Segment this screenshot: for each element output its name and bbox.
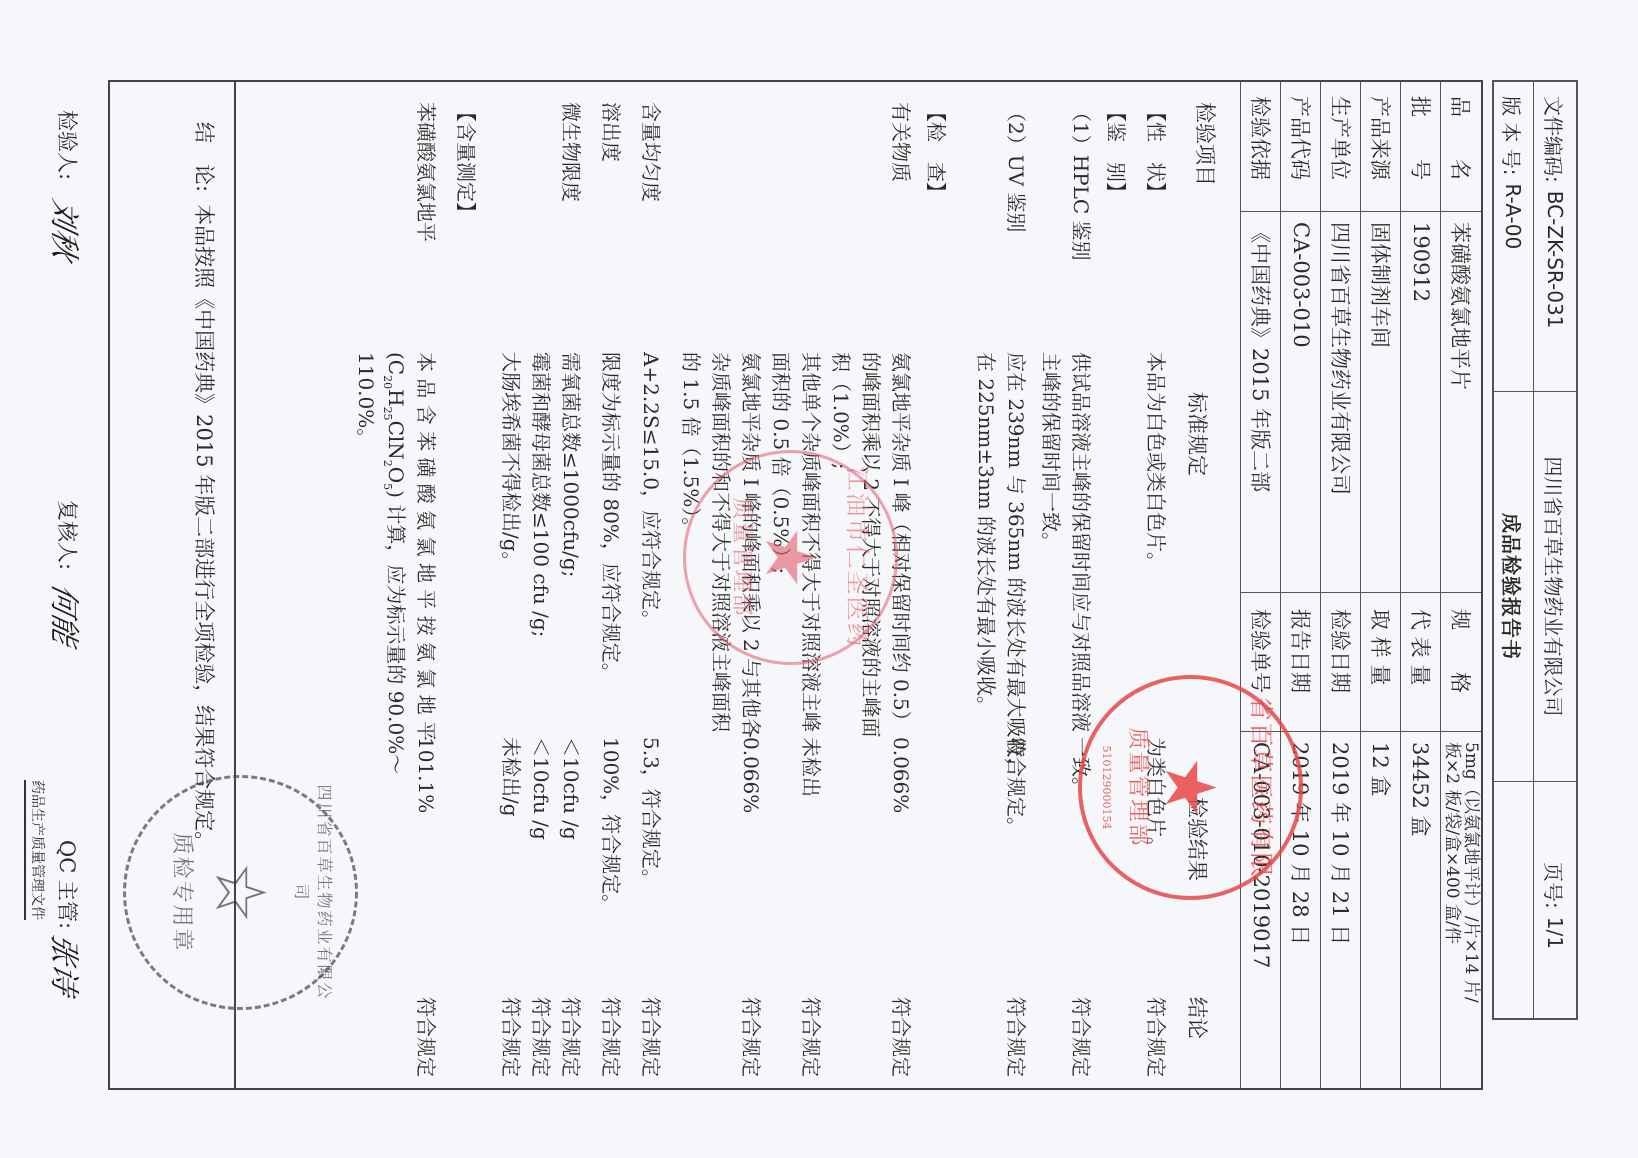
related-conclusion-3: 符合规定 <box>736 997 766 1077</box>
micro-standard-3: 大肠埃希菌不得检出/g。 <box>496 352 526 572</box>
related-result-2: 未检出 <box>796 737 826 797</box>
related-conclusion-2: 符合规定 <box>796 997 826 1077</box>
col-conclusion: 结论 <box>1183 997 1213 1039</box>
micro-standard-2: 霉菌和酵母菌总数≤100 cfu /g; <box>526 352 556 637</box>
dissolution-conclusion: 符合规定 <box>596 997 626 1077</box>
version-label: 版 本 号: <box>1499 96 1528 175</box>
code-value: CA-003-010 <box>1281 222 1321 348</box>
hplc-item: （1）HPLC 鉴别 <box>1066 102 1096 261</box>
uniformity-standard: A+2.2S≤15.0，应符合规定。 <box>636 352 666 630</box>
uv-conclusion: 符合规定 <box>1001 997 1031 1077</box>
assay-item: 苯磺酸氨氯地平 <box>411 102 441 242</box>
dissolution-standard: 限度为标示量的 80%，应符合规定。 <box>596 352 626 683</box>
sample-value: 12 盒 <box>1361 742 1401 796</box>
report-title: 成品检验报告书 <box>1492 392 1534 782</box>
batch-label: 批 号 <box>1401 82 1441 212</box>
dissolution-item: 溶出度 <box>596 102 626 162</box>
dissolution-result: 100%，符合规定。 <box>596 737 626 914</box>
assay-standard-1: 本 品 含 苯 磺 酸 氨 氯 地 平 按 氨 氯 地 平 <box>411 352 441 741</box>
uniformity-result: 5.3，符合规定。 <box>636 737 666 889</box>
code-label: 产品代码 <box>1281 82 1321 212</box>
conclusion-text: 本品按照《中国药典》2015 年版二部进行全项检验，结果符合规定。 <box>190 204 220 852</box>
info-row-manufacturer: 生产单位 四川省百草生物药业有限公司 检验日期 2019 年 10 月 21 日 <box>1320 82 1361 1088</box>
uv-standard-2: 在 225nm±3nm 的波长处有最小吸收。 <box>971 352 1001 716</box>
source-value: 固体制剂车间 <box>1361 222 1401 348</box>
info-row-basis: 检验依据 《中国药典》2015 年版二部 检验单号 CA-003-010-201… <box>1240 82 1281 1088</box>
col-item: 检验项目 <box>1191 102 1221 186</box>
inspector-label: 检验人: <box>53 110 83 180</box>
related-result-1: 0.066% <box>886 737 916 813</box>
report-date-label: 报告日期 <box>1281 592 1321 732</box>
hplc-standard-2: 主峰的保留时间一致。 <box>1036 352 1066 552</box>
related-standard-3: 积（1.0%）; <box>826 352 856 470</box>
micro-standard-1: 需氧菌总数≤1000cfu/g; <box>556 352 586 577</box>
assay-standard-3: 110.0%。 <box>351 352 381 448</box>
appearance-standard: 本品为白色或类白色片。 <box>1141 352 1171 572</box>
section-check: 【检 查】 <box>921 102 951 202</box>
spec-value: 5mg（以氨氯地平计）/片×14 片/ 板×2 板/袋/盒×400 盒/件 <box>1441 742 1481 1003</box>
batch-value: 190912 <box>1401 222 1441 302</box>
uniformity-conclusion: 符合规定 <box>636 997 666 1077</box>
col-standard: 标准规定 <box>1183 392 1213 476</box>
section-appearance: 【性 状】 <box>1141 102 1171 202</box>
assay-conclusion: 符合规定 <box>411 997 441 1077</box>
page-label: 页号: <box>1541 862 1570 909</box>
company-name: 四川省百草生物药业有限公司 <box>1534 392 1576 782</box>
qc-label: QC 主管: <box>53 840 83 929</box>
related-result-3: 0.066% <box>736 737 766 813</box>
reviewer-label: 复核人: <box>53 500 83 570</box>
version-value: R-A-00 <box>1501 183 1525 249</box>
version: 版 本 号: R-A-00 <box>1492 82 1534 392</box>
basis-value: 《中国药典》2015 年版二部 <box>1241 222 1281 492</box>
conclusion-label: 结 论: <box>190 122 220 192</box>
red-stamp-quality-dept-2: 省百草医药有限 ★ 质量管理部 510129000154 <box>1078 675 1303 900</box>
footer-note: 药品生产质量管理文件 <box>24 780 48 920</box>
manufacturer-label: 生产单位 <box>1321 82 1361 212</box>
product-name: 苯磺酸氨氯地平片 <box>1441 222 1481 390</box>
source-label: 产品来源 <box>1361 82 1401 212</box>
red-stamp-quality-dept-1: 江油市仁圣医药 ★ 质量管理部 <box>683 450 898 665</box>
spec-line-1: 5mg（以氨氯地平计）/片×14 片/ <box>1461 742 1480 1003</box>
uniformity-item: 含量均匀度 <box>636 102 666 202</box>
micro-item: 微生物限度 <box>556 102 586 202</box>
reviewer-signature: 何能 <box>45 580 89 649</box>
info-row-source: 产品来源 固体制剂车间 取 样 量 12 盒 <box>1360 82 1401 1088</box>
doc-code: 文件编码: BC-ZK-SR-031 <box>1534 82 1576 392</box>
report-header: 文件编码: BC-ZK-SR-031 四川省百草生物药业有限公司 页号: 1/1… <box>1492 80 1578 1020</box>
uv-standard-1: 应在 239nm 与 365nm 的波长处有最大吸收， <box>1001 352 1031 777</box>
test-date-value: 2019 年 10 月 21 日 <box>1321 742 1361 945</box>
page-value: 1/1 <box>1543 917 1567 949</box>
info-row-batch: 批 号 190912 代 表 量 34452 盒 <box>1400 82 1441 1088</box>
doc-code-label: 文件编码: <box>1541 96 1570 183</box>
appearance-conclusion: 符合规定 <box>1141 997 1171 1077</box>
test-date-label: 检验日期 <box>1321 592 1361 732</box>
micro-result-3: 未检出/g <box>496 737 526 817</box>
star-icon: ☆ <box>206 861 276 924</box>
micro-result-1: ＜10cfu /g <box>556 737 586 840</box>
signatures: 检验人: 刘秋 复核人: 何能 QC 主管: 张诗 <box>33 80 93 1090</box>
spec-label: 规 格 <box>1441 592 1481 732</box>
micro-result-2: ＜10cfu /g <box>526 737 556 840</box>
inspection-report-page: 文件编码: BC-ZK-SR-031 四川省百草生物药业有限公司 页号: 1/1… <box>0 0 1638 1158</box>
related-conclusion-1: 符合规定 <box>886 997 916 1077</box>
page-number: 页号: 1/1 <box>1534 782 1576 1018</box>
doc-code-value: BC-ZK-SR-031 <box>1543 191 1567 329</box>
micro-conclusion-3: 符合规定 <box>496 997 526 1077</box>
hplc-conclusion: 符合规定 <box>1066 997 1096 1077</box>
manufacturer-value: 四川省百草生物药业有限公司 <box>1321 222 1361 495</box>
micro-conclusion-1: 符合规定 <box>556 997 586 1077</box>
related-item: 有关物质 <box>886 102 916 182</box>
star-icon: ★ <box>756 526 826 589</box>
basis-label: 检验依据 <box>1241 82 1281 212</box>
info-row-product: 品 名 苯磺酸氨氯地平片 规 格 5mg（以氨氯地平计）/片×14 片/ 板×2… <box>1440 82 1481 1088</box>
product-name-label: 品 名 <box>1441 82 1481 212</box>
quantity-label: 代 表 量 <box>1401 592 1441 732</box>
spec-line-2: 板×2 板/袋/盒×400 盒/件 <box>1442 742 1461 944</box>
uv-item: （2）UV 鉴别 <box>1001 102 1031 232</box>
info-row-code: 产品代码 CA-003-010 报告日期 2019 年 10 月 28 日 <box>1280 82 1321 1088</box>
assay-result: 101.1% <box>411 737 441 813</box>
micro-conclusion-2: 符合规定 <box>526 997 556 1077</box>
sample-label: 取 样 量 <box>1361 592 1401 732</box>
uv-result: 符合规定。 <box>1001 737 1031 837</box>
hplc-standard-1: 供试品溶液主峰的保留时间应与对照品溶液 <box>1066 352 1096 732</box>
quantity-value: 34452 盒 <box>1401 742 1441 836</box>
section-identification: 【鉴 别】 <box>1101 102 1131 202</box>
gray-stamp-qc: 四川省百草生物药业有限公司 ☆ 质检专用章 <box>123 775 358 1010</box>
inspector-signature: 刘秋 <box>45 195 89 264</box>
section-assay: 【含量测定】 <box>451 102 481 222</box>
qc-signature: 张诗 <box>45 930 89 999</box>
star-icon: ★ <box>1156 756 1226 819</box>
